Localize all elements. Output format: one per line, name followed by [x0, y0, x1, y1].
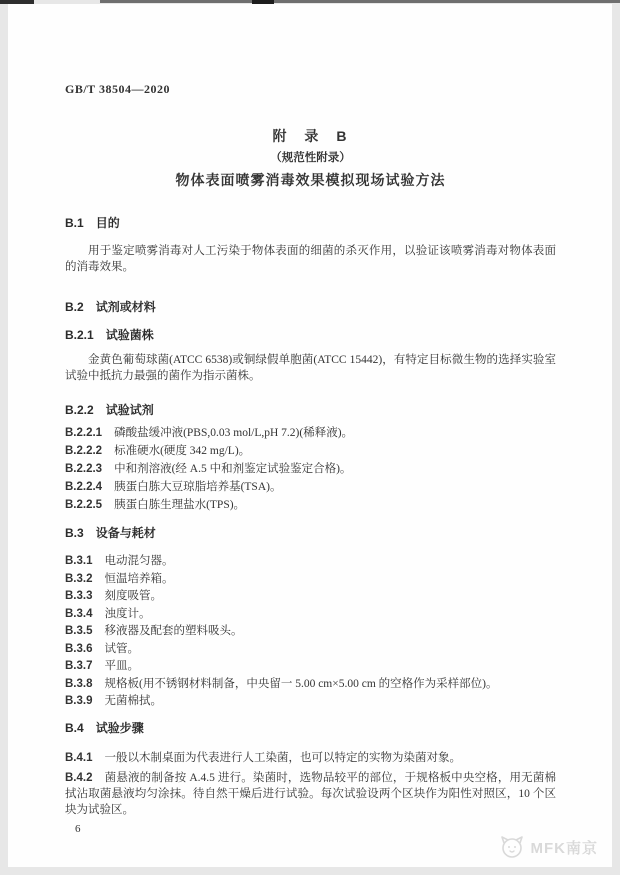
appendix-subtitle: （规范性附录） [65, 150, 556, 166]
appendix-name: 物体表面喷雾消毒效果模拟现场试验方法 [65, 171, 556, 189]
item-text: 无菌棉拭。 [105, 695, 163, 707]
list-item: B.3.8规格板(用不锈钢材料制备，中央留一 5.00 cm×5.00 cm 的… [65, 676, 556, 692]
item-number: B.3.2 [65, 573, 93, 585]
item-number: B.2.2.1 [65, 427, 102, 439]
scan-artifact-edge [100, 0, 620, 3]
paragraph-b21: 金黄色葡萄球菌(ATCC 6538)或铜绿假单胞菌(ATCC 15442)，有特… [65, 352, 556, 384]
item-text: 平皿。 [105, 660, 140, 672]
section-number: B.2.1 [65, 328, 94, 342]
item-text: 磷酸盐缓冲液(PBS,0.03 mol/L,pH 7.2)(稀释液)。 [114, 427, 353, 439]
item-number: B.3.6 [65, 643, 93, 655]
item-number: B.3.1 [65, 555, 93, 567]
list-item: B.3.4浊度计。 [65, 606, 556, 622]
list-item: B.4.1一般以木制桌面为代表进行人工染菌，也可以特定的实物为染菌对象。 [65, 750, 556, 766]
list-item: B.2.2.3中和剂溶液(经 A.5 中和剂鉴定试验鉴定合格)。 [65, 461, 556, 477]
list-item: B.2.2.1磷酸盐缓冲液(PBS,0.03 mol/L,pH 7.2)(稀释液… [65, 425, 556, 441]
item-number: B.3.7 [65, 660, 93, 672]
list-item: B.3.9无菌棉拭。 [65, 693, 556, 709]
list-item: B.2.2.5胰蛋白胨生理盐水(TPS)。 [65, 497, 556, 513]
list-item: B.3.6试管。 [65, 641, 556, 657]
list-b22: B.2.2.1磷酸盐缓冲液(PBS,0.03 mol/L,pH 7.2)(稀释液… [65, 425, 556, 513]
list-item: B.3.7平皿。 [65, 658, 556, 674]
item-text: 规格板(用不锈钢材料制备，中央留一 5.00 cm×5.00 cm 的空格作为采… [105, 678, 498, 690]
list-item: B.2.2.4胰蛋白胨大豆琼脂培养基(TSA)。 [65, 479, 556, 495]
item-text: 标准硬水(硬度 342 mg/L)。 [114, 445, 250, 457]
item-text: 刻度吸管。 [105, 590, 163, 602]
list-item: B.2.2.2标准硬水(硬度 342 mg/L)。 [65, 443, 556, 459]
document-page: GB/T 38504—2020 附 录 B （规范性附录） 物体表面喷雾消毒效果… [8, 4, 612, 867]
section-title: 试验试剂 [106, 403, 154, 417]
item-number: B.2.2.3 [65, 463, 102, 475]
item-text: 浊度计。 [105, 608, 151, 620]
list-item: B.3.3刻度吸管。 [65, 588, 556, 604]
section-heading-b2: B.2试剂或材料 [65, 299, 556, 315]
section-title: 试验菌株 [106, 328, 154, 342]
item-text: 电动混匀器。 [105, 555, 174, 567]
item-number: B.2.2.5 [65, 499, 102, 511]
item-text: 移液器及配套的塑料吸头。 [105, 625, 243, 637]
section-heading-b1: B.1目的 [65, 215, 556, 231]
item-number: B.4.1 [65, 752, 93, 764]
list-item: B.3.5移液器及配套的塑料吸头。 [65, 623, 556, 639]
page-number: 6 [65, 823, 556, 835]
item-text: 胰蛋白胨生理盐水(TPS)。 [114, 499, 245, 511]
list-item: B.4.2菌悬液的制备按 A.4.5 进行。染菌时，选物品较平的部位，于规格板中… [65, 770, 556, 818]
list-b4: B.4.1一般以木制桌面为代表进行人工染菌，也可以特定的实物为染菌对象。 B.4… [65, 750, 556, 818]
item-number: B.2.2.2 [65, 445, 102, 457]
section-title: 目的 [96, 216, 120, 230]
section-heading-b21: B.2.1试验菌株 [65, 327, 556, 343]
section-title: 试验步骤 [96, 721, 144, 735]
item-number: B.3.9 [65, 695, 93, 707]
item-text: 菌悬液的制备按 A.4.5 进行。染菌时，选物品较平的部位，于规格板中央空格，用… [65, 772, 556, 816]
list-item: B.3.1电动混匀器。 [65, 553, 556, 569]
page-content: GB/T 38504—2020 附 录 B （规范性附录） 物体表面喷雾消毒效果… [8, 82, 612, 835]
item-text: 胰蛋白胨大豆琼脂培养基(TSA)。 [114, 481, 281, 493]
cat-mascot-icon [499, 835, 525, 859]
item-text: 一般以木制桌面为代表进行人工染菌，也可以特定的实物为染菌对象。 [105, 752, 462, 764]
section-title: 试剂或材料 [96, 300, 156, 314]
section-heading-b22: B.2.2试验试剂 [65, 402, 556, 418]
section-number: B.2.2 [65, 403, 94, 417]
section-heading-b3: B.3设备与耗材 [65, 525, 556, 541]
item-number: B.4.2 [65, 772, 93, 784]
item-number: B.3.8 [65, 678, 93, 690]
appendix-title-block: 附 录 B （规范性附录） 物体表面喷雾消毒效果模拟现场试验方法 [65, 127, 556, 189]
watermark: MFK南京 [499, 835, 599, 859]
section-number: B.2 [65, 300, 84, 314]
appendix-title: 附 录 B [65, 127, 556, 145]
paragraph-b1: 用于鉴定喷雾消毒对人工污染于物体表面的细菌的杀灭作用，以验证该喷雾消毒对物体表面… [65, 243, 556, 275]
scanned-document-page: { "doc": { "code": "GB/T 38504—2020", "p… [0, 0, 620, 875]
section-heading-b4: B.4试验步骤 [65, 720, 556, 736]
item-number: B.2.2.4 [65, 481, 102, 493]
list-item: B.3.2恒温培养箱。 [65, 571, 556, 587]
watermark-text: MFK南京 [531, 837, 599, 858]
section-number: B.4 [65, 721, 84, 735]
section-number: B.1 [65, 216, 84, 230]
section-title: 设备与耗材 [96, 526, 156, 540]
section-number: B.3 [65, 526, 84, 540]
item-number: B.3.4 [65, 608, 93, 620]
standard-code-header: GB/T 38504—2020 [65, 82, 556, 97]
item-text: 中和剂溶液(经 A.5 中和剂鉴定试验鉴定合格)。 [114, 463, 351, 475]
item-number: B.3.5 [65, 625, 93, 637]
list-b3: B.3.1电动混匀器。 B.3.2恒温培养箱。 B.3.3刻度吸管。 B.3.4… [65, 553, 556, 709]
item-text: 试管。 [105, 643, 140, 655]
item-number: B.3.3 [65, 590, 93, 602]
item-text: 恒温培养箱。 [105, 573, 174, 585]
